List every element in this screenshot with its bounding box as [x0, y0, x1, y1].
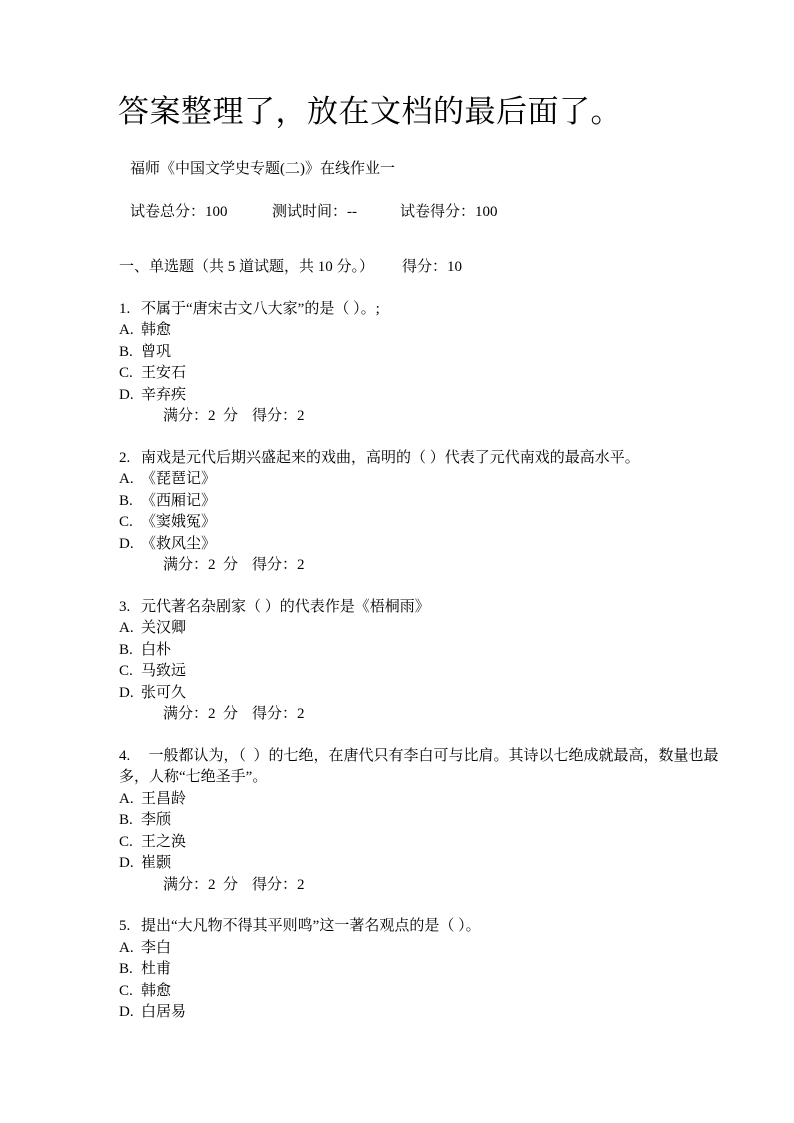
- question-gained-score: 得分：2: [252, 706, 305, 722]
- question-score-line: 满分：2 分得分：2: [163, 555, 782, 577]
- option-text: 《西厢记》: [141, 493, 216, 509]
- option-text: 辛弃疾: [141, 387, 186, 403]
- total-score-value: 100: [205, 204, 228, 220]
- option-text: 李颀: [141, 812, 171, 828]
- option-text: 《窦娥冤》: [141, 514, 216, 530]
- option-text: 白居易: [141, 1004, 186, 1020]
- option-text: 曾巩: [141, 344, 171, 360]
- question-gained-score: 得分：2: [252, 408, 305, 424]
- option-letter: B.: [119, 959, 141, 981]
- option-row: B.《西厢记》: [119, 491, 744, 513]
- option-text: 杜甫: [141, 961, 171, 977]
- question-line: 3.元代著名杂剧家（ ）的代表作是《梧桐雨》: [119, 597, 744, 619]
- option-letter: D.: [119, 385, 141, 407]
- question-number: 2.: [119, 448, 141, 470]
- question-number: 4.: [119, 746, 141, 768]
- option-text: 韩愈: [141, 322, 171, 338]
- option-row: D.崔颢: [119, 853, 744, 875]
- option-letter: A.: [119, 469, 141, 491]
- option-text: 白朴: [141, 642, 171, 658]
- question-block: 1.不属于“唐宋古文八大家”的是（ ）。; A.韩愈B.曾巩C.王安石D.辛弃疾…: [119, 299, 782, 428]
- question-block: 2.南戏是元代后期兴盛起来的戏曲，高明的（ ）代表了元代南戏的最高水平。 A.《…: [119, 448, 782, 577]
- question-full-score: 满分：2 分: [163, 877, 238, 893]
- option-row: D.张可久: [119, 683, 744, 705]
- option-row: B.曾巩: [119, 342, 744, 364]
- question-block: 5.提出“大凡物不得其平则鸣”这一著名观点的是（ ）。 A.李白B.杜甫C.韩愈…: [119, 916, 782, 1024]
- question-block: 4. 一般都认为，（ ）的七绝，在唐代只有李白可与比肩。其诗以七绝成就最高，数量…: [119, 746, 782, 897]
- section-score: 得分：10: [402, 259, 462, 275]
- option-row: D.《救风尘》: [119, 534, 744, 556]
- question-line: 2.南戏是元代后期兴盛起来的戏曲，高明的（ ）代表了元代南戏的最高水平。: [119, 448, 744, 470]
- question-text: 元代著名杂剧家（ ）的代表作是《梧桐雨》: [141, 599, 430, 615]
- test-time-label: 测试时间：: [272, 204, 347, 220]
- option-letter: A.: [119, 938, 141, 960]
- gained-score-field: 试卷得分：100: [400, 202, 498, 224]
- option-row: B.李颀: [119, 810, 744, 832]
- option-text: 关汉卿: [141, 620, 186, 636]
- document-page: 答案整理了，放在文档的最后面了。 福师《中国文学史专题(二)》在线作业一 试卷总…: [0, 0, 794, 1123]
- option-letter: C.: [119, 981, 141, 1003]
- question-score-line: 满分：2 分得分：2: [163, 406, 782, 428]
- gained-score-value: 100: [475, 204, 498, 220]
- question-number: 1.: [119, 299, 141, 321]
- total-score-label: 试卷总分：: [130, 204, 205, 220]
- option-text: 王安石: [141, 365, 186, 381]
- question-score-line: 满分：2 分得分：2: [163, 704, 782, 726]
- option-row: C.《窦娥冤》: [119, 512, 744, 534]
- question-text: 提出“大凡物不得其平则鸣”这一著名观点的是（ ）。: [141, 918, 481, 934]
- option-row: C.王安石: [119, 363, 744, 385]
- option-letter: B.: [119, 342, 141, 364]
- option-letter: C.: [119, 661, 141, 683]
- question-line: 1.不属于“唐宋古文八大家”的是（ ）。;: [119, 299, 744, 321]
- option-letter: C.: [119, 363, 141, 385]
- question-number: 3.: [119, 597, 141, 619]
- test-time-field: 测试时间：--: [272, 202, 400, 224]
- question-text: 一般都认为，（ ）的七绝，在唐代只有李白可与比肩。其诗以七绝成就最高，数量也最多…: [119, 748, 719, 786]
- option-letter: C.: [119, 512, 141, 534]
- option-letter: D.: [119, 853, 141, 875]
- question-number: 5.: [119, 916, 141, 938]
- question-text: 南戏是元代后期兴盛起来的戏曲，高明的（ ）代表了元代南戏的最高水平。: [141, 450, 640, 466]
- total-score-field: 试卷总分：100: [130, 202, 272, 224]
- question-full-score: 满分：2 分: [163, 557, 238, 573]
- question-full-score: 满分：2 分: [163, 706, 238, 722]
- option-letter: A.: [119, 320, 141, 342]
- option-row: C.马致远: [119, 661, 744, 683]
- option-text: 《琵琶记》: [141, 471, 216, 487]
- option-row: D.辛弃疾: [119, 385, 744, 407]
- option-text: 王昌龄: [141, 791, 186, 807]
- question-score-line: 满分：2 分得分：2: [163, 875, 782, 897]
- option-text: 崔颢: [141, 855, 171, 871]
- option-text: 韩愈: [141, 983, 171, 999]
- option-row: B.白朴: [119, 640, 744, 662]
- question-text: 不属于“唐宋古文八大家”的是（ ）。;: [141, 301, 380, 317]
- option-text: 王之涣: [141, 834, 186, 850]
- option-row: A.李白: [119, 938, 744, 960]
- option-text: 《救风尘》: [141, 536, 216, 552]
- section-title: 一、单选题（共 5 道试题，共 10 分。）: [119, 259, 374, 275]
- question-gained-score: 得分：2: [252, 557, 305, 573]
- option-letter: D.: [119, 534, 141, 556]
- option-letter: A.: [119, 618, 141, 640]
- question-block: 3.元代著名杂剧家（ ）的代表作是《梧桐雨》 A.关汉卿B.白朴C.马致远D.张…: [119, 597, 782, 726]
- option-text: 马致远: [141, 663, 186, 679]
- course-title: 福师《中国文学史专题(二)》在线作业一: [130, 159, 782, 181]
- option-text: 李白: [141, 940, 171, 956]
- option-row: C.韩愈: [119, 981, 744, 1003]
- headline: 答案整理了，放在文档的最后面了。: [118, 92, 782, 132]
- question-line: 5.提出“大凡物不得其平则鸣”这一著名观点的是（ ）。: [119, 916, 744, 938]
- option-text: 张可久: [141, 685, 186, 701]
- option-letter: D.: [119, 683, 141, 705]
- option-letter: B.: [119, 491, 141, 513]
- questions-list: 1.不属于“唐宋古文八大家”的是（ ）。; A.韩愈B.曾巩C.王安石D.辛弃疾…: [119, 299, 782, 1024]
- option-letter: B.: [119, 640, 141, 662]
- section-header: 一、单选题（共 5 道试题，共 10 分。）得分：10: [119, 257, 782, 279]
- option-letter: A.: [119, 789, 141, 811]
- option-letter: D.: [119, 1002, 141, 1024]
- option-row: C.王之涣: [119, 832, 744, 854]
- option-row: B.杜甫: [119, 959, 744, 981]
- option-letter: B.: [119, 810, 141, 832]
- exam-meta-row: 试卷总分：100 测试时间：-- 试卷得分：100: [130, 202, 782, 224]
- test-time-value: --: [347, 204, 357, 220]
- option-row: A.关汉卿: [119, 618, 744, 640]
- question-full-score: 满分：2 分: [163, 408, 238, 424]
- question-line: 4. 一般都认为，（ ）的七绝，在唐代只有李白可与比肩。其诗以七绝成就最高，数量…: [119, 746, 744, 789]
- option-row: A.《琵琶记》: [119, 469, 744, 491]
- gained-score-label: 试卷得分：: [400, 204, 475, 220]
- option-letter: C.: [119, 832, 141, 854]
- question-gained-score: 得分：2: [252, 877, 305, 893]
- option-row: D.白居易: [119, 1002, 744, 1024]
- option-row: A.韩愈: [119, 320, 744, 342]
- option-row: A.王昌龄: [119, 789, 744, 811]
